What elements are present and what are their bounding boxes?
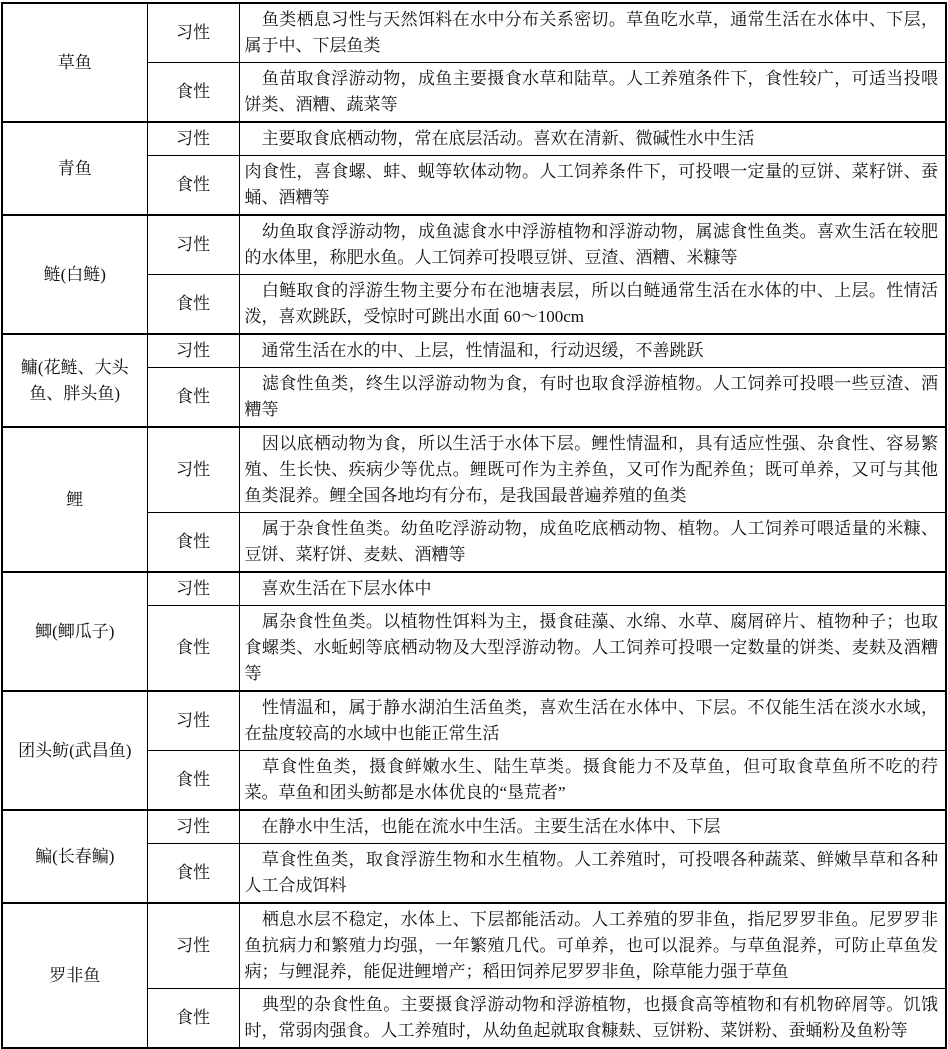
diet-label: 食性 bbox=[147, 844, 239, 904]
habit-label: 习性 bbox=[147, 691, 239, 751]
habit-label: 习性 bbox=[147, 215, 239, 275]
habit-label: 习性 bbox=[147, 903, 239, 989]
fish-name: 罗非鱼 bbox=[2, 903, 147, 1048]
habit-description: 在静水中生活，也能在流水中生活。主要生活在水体中、下层 bbox=[239, 810, 946, 844]
diet-description: 属杂食性鱼类。以植物性饵料为主，摄食硅藻、水绵、水草、腐屑碎片、植物种子；也取食… bbox=[239, 606, 946, 692]
diet-label: 食性 bbox=[147, 606, 239, 692]
fish-row-habit: 草鱼习性 鱼类栖息习性与天然饵料在水中分布关系密切。草鱼吃水草，通常生活在水体中… bbox=[2, 3, 946, 63]
table-body: 草鱼习性 鱼类栖息习性与天然饵料在水中分布关系密切。草鱼吃水草，通常生活在水体中… bbox=[2, 3, 946, 1048]
fish-row-habit: 鳊(长春鳊)习性 在静水中生活，也能在流水中生活。主要生活在水体中、下层 bbox=[2, 810, 946, 844]
diet-description: 白鲢取食的浮游生物主要分布在池塘表层，所以白鲢通常生活在水体的中、上层。性情活泼… bbox=[239, 275, 946, 335]
fish-row-habit: 鳙(花鲢、大头鱼、胖头鱼)习性 通常生活在水的中、上层，性情温和，行动迟缓，不善… bbox=[2, 334, 946, 368]
habit-label: 习性 bbox=[147, 122, 239, 156]
diet-label: 食性 bbox=[147, 63, 239, 123]
fish-row-habit: 青鱼习性 主要取食底栖动物，常在底层活动。喜欢在清新、微碱性水中生活 bbox=[2, 122, 946, 156]
diet-label: 食性 bbox=[147, 989, 239, 1049]
fish-row-habit: 鲢(白鲢)习性 幼鱼取食浮游动物，成鱼滤食水中浮游植物和浮游动物，属滤食性鱼类。… bbox=[2, 215, 946, 275]
fish-row-habit: 鲤习性 因以底栖动物为食，所以生活于水体下层。鲤性情温和，具有适应性强、杂食性、… bbox=[2, 427, 946, 513]
diet-description: 鱼苗取食浮游动物，成鱼主要摄食水草和陆草。人工养殖条件下，食性较广，可适当投喂饼… bbox=[239, 63, 946, 123]
diet-description: 肉食性，喜食螺、蚌、蚬等软体动物。人工饲养条件下，可投喂一定量的豆饼、菜籽饼、蚕… bbox=[239, 156, 946, 216]
habit-description: 喜欢生活在下层水体中 bbox=[239, 572, 946, 606]
diet-description: 草食性鱼类，取食浮游生物和水生植物。人工养殖时，可投喂各种蔬菜、鲜嫩旱草和各种人… bbox=[239, 844, 946, 904]
fish-row-habit: 鲫(鲫瓜子)习性 喜欢生活在下层水体中 bbox=[2, 572, 946, 606]
diet-label: 食性 bbox=[147, 751, 239, 811]
diet-label: 食性 bbox=[147, 156, 239, 216]
diet-description: 属于杂食性鱼类。幼鱼吃浮游动物，成鱼吃底栖动物、植物。人工饲养可喂适量的米糠、豆… bbox=[239, 513, 946, 573]
diet-label: 食性 bbox=[147, 275, 239, 335]
fish-name: 团头鲂(武昌鱼) bbox=[2, 691, 147, 810]
fish-row-habit: 团头鲂(武昌鱼)习性 性情温和，属于静水湖泊生活鱼类，喜欢生活在水体中、下层。不… bbox=[2, 691, 946, 751]
diet-label: 食性 bbox=[147, 513, 239, 573]
fish-name: 青鱼 bbox=[2, 122, 147, 215]
diet-description: 草食性鱼类，摄食鲜嫩水生、陆生草类。摄食能力不及草鱼，但可取食草鱼所不吃的荇菜。… bbox=[239, 751, 946, 811]
fish-name: 鳙(花鲢、大头鱼、胖头鱼) bbox=[2, 334, 147, 427]
diet-label: 食性 bbox=[147, 368, 239, 428]
habit-description: 鱼类栖息习性与天然饵料在水中分布关系密切。草鱼吃水草，通常生活在水体中、下层，属… bbox=[239, 3, 946, 63]
habit-label: 习性 bbox=[147, 810, 239, 844]
diet-description: 滤食性鱼类，终生以浮游动物为食，有时也取食浮游植物。人工饲养可投喂一些豆渣、酒糟… bbox=[239, 368, 946, 428]
habit-label: 习性 bbox=[147, 427, 239, 513]
page: { "table": { "labels": { "habit": "习性", … bbox=[0, 2, 948, 1049]
fish-name: 鲤 bbox=[2, 427, 147, 572]
habit-description: 通常生活在水的中、上层，性情温和，行动迟缓，不善跳跃 bbox=[239, 334, 946, 368]
habit-label: 习性 bbox=[147, 3, 239, 63]
habit-description: 幼鱼取食浮游动物，成鱼滤食水中浮游植物和浮游动物，属滤食性鱼类。喜欢生活在较肥的… bbox=[239, 215, 946, 275]
fish-name: 鳊(长春鳊) bbox=[2, 810, 147, 903]
habit-description: 主要取食底栖动物，常在底层活动。喜欢在清新、微碱性水中生活 bbox=[239, 122, 946, 156]
habit-description: 因以底栖动物为食，所以生活于水体下层。鲤性情温和，具有适应性强、杂食性、容易繁殖… bbox=[239, 427, 946, 513]
diet-description: 典型的杂食性鱼。主要摄食浮游动物和浮游植物，也摄食高等植物和有机物碎屑等。饥饿时… bbox=[239, 989, 946, 1049]
habit-label: 习性 bbox=[147, 334, 239, 368]
habit-label: 习性 bbox=[147, 572, 239, 606]
fish-name: 鲢(白鲢) bbox=[2, 215, 147, 334]
fish-habit-diet-table: 草鱼习性 鱼类栖息习性与天然饵料在水中分布关系密切。草鱼吃水草，通常生活在水体中… bbox=[1, 2, 947, 1049]
fish-row-habit: 罗非鱼习性 栖息水层不稳定，水体上、下层都能活动。人工养殖的罗非鱼，指尼罗罗非鱼… bbox=[2, 903, 946, 989]
fish-name: 草鱼 bbox=[2, 3, 147, 122]
habit-description: 性情温和，属于静水湖泊生活鱼类，喜欢生活在水体中、下层。不仅能生活在淡水水域，在… bbox=[239, 691, 946, 751]
fish-name: 鲫(鲫瓜子) bbox=[2, 572, 147, 691]
habit-description: 栖息水层不稳定，水体上、下层都能活动。人工养殖的罗非鱼，指尼罗罗非鱼。尼罗罗非鱼… bbox=[239, 903, 946, 989]
